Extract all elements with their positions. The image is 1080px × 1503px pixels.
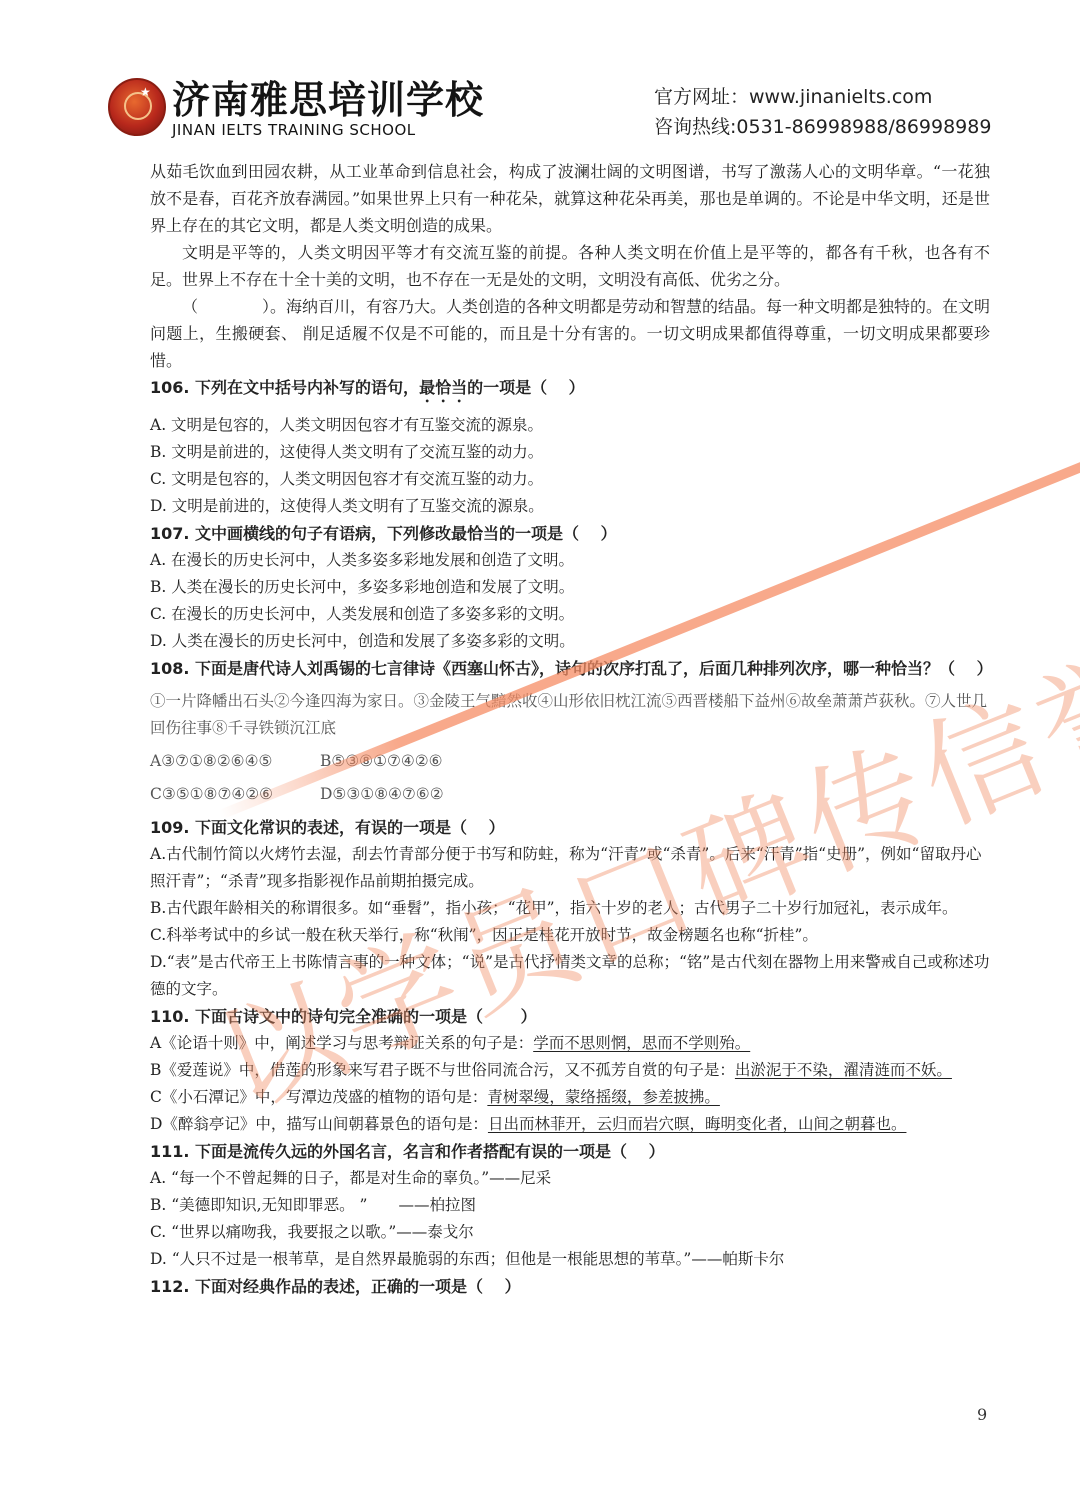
page-number: 9 [977, 1405, 987, 1424]
question-111-stem: 111. 下面是流传久远的外国名言，名言和作者搭配有误的一项是（ ） [150, 1138, 990, 1165]
question-112-stem: 112. 下面对经典作品的表述，正确的一项是（ ） [150, 1273, 990, 1300]
question-108-option-c: C③⑤①⑧⑦④②⑥ [150, 781, 320, 808]
hotline-number: 0531-86998988/86998989 [736, 116, 991, 138]
question-107-stem: 107. 文中画横线的句子有语病，下列修改最恰当的一项是（ ） [150, 520, 990, 547]
question-106-option-d: D. 文明是前进的，这使得人类文明有了互鉴交流的源泉。 [150, 493, 990, 520]
question-107-option-d: D. 人类在漫长的历史长河中，创造和发展了多姿多彩的文明。 [150, 628, 990, 655]
underlined-quote: 青树翠缦，蒙络摇缀，参差披拂。 [487, 1088, 720, 1106]
question-111-option-c: C. “世界以痛吻我，我要报之以歌。”——泰戈尔 [150, 1219, 990, 1246]
question-111-option-b: B. “美德即知识,无知即罪恶。 ” ——柏拉图 [150, 1192, 990, 1219]
question-110-option-b: B《爱莲说》中，借莲的形象来写君子既不与世俗同流合污，又不孤芳自赏的句子是：出淤… [150, 1057, 990, 1084]
question-107-option-a: A. 在漫长的历史长河中，人类多姿多彩地发展和创造了文明。 [150, 547, 990, 574]
school-name-cn: 济南雅思培训学校 [172, 80, 484, 120]
question-111-option-a: A. “每一个不曾起舞的日子，都是对生命的辜负。”——尼采 [150, 1165, 990, 1192]
hotline-label: 咨询热线: [654, 116, 736, 138]
question-107-option-c: C. 在漫长的历史长河中，人类发展和创造了多姿多彩的文明。 [150, 601, 990, 628]
school-logo-icon: ★ [108, 78, 166, 136]
question-109-option-a: A.古代制竹简以火烤竹去湿，刮去竹青部分便于书写和防蛀，称为“汗青”或“杀青”。… [150, 841, 990, 895]
contact-info: 官方网址：www.jinanielts.com 咨询热线:0531-869989… [654, 82, 991, 142]
question-109-option-b: B.古代跟年龄相关的称谓很多。如“垂髫”，指小孩；“花甲”，指六十岁的老人；古代… [150, 895, 990, 922]
question-108-option-d: D⑤③①⑧④⑦⑥② [320, 785, 444, 803]
question-110-option-c: C《小石潭记》中，写潭边茂盛的植物的语句是：青树翠缦，蒙络摇缀，参差披拂。 [150, 1084, 990, 1111]
school-name-en: JINAN IELTS TRAINING SCHOOL [172, 122, 416, 138]
question-108-options-row-2: C③⑤①⑧⑦④②⑥D⑤③①⑧④⑦⑥② [150, 781, 990, 808]
star-icon: ★ [140, 86, 151, 98]
passage-paragraph-1: 从茹毛饮血到田园农耕，从工业革命到信息社会，构成了波澜壮阔的文明图谱，书写了激荡… [150, 158, 990, 239]
question-109-option-c: C.科举考试中的乡试一般在秋天举行，称“秋闱”，因正是桂花开放时节，故金榜题名也… [150, 922, 990, 949]
website-line: 官方网址：www.jinanielts.com [654, 82, 991, 112]
question-106-stem: 106. 下列在文中括号内补写的语句，最恰当的一项是（ ） [150, 374, 990, 406]
exam-content: 从茹毛饮血到田园农耕，从工业革命到信息社会，构成了波澜壮阔的文明图谱，书写了激荡… [150, 158, 990, 1300]
page-header: ★ 济南雅思培训学校 JINAN IELTS TRAINING SCHOOL 官… [108, 78, 1048, 142]
hotline-line: 咨询热线:0531-86998988/86998989 [654, 112, 991, 142]
underlined-quote: 日出而林菲开，云归而岩穴暝，晦明变化者，山间之朝暮也。 [488, 1115, 907, 1133]
question-106-option-b: B. 文明是前进的，这使得人类文明有了交流互鉴的动力。 [150, 439, 990, 466]
passage-paragraph-2: 文明是平等的，人类文明因平等才有交流互鉴的前提。各种人类文明在价值上是平等的，都… [150, 239, 990, 293]
question-111-option-d: D. “人只不过是一根苇草，是自然界最脆弱的东西；但他是一根能思想的苇草。”——… [150, 1246, 990, 1273]
emphasis-text: 最恰当 [419, 378, 467, 397]
question-108-stem: 108. 下面是唐代诗人刘禹锡的七言律诗《西塞山怀古》，诗句的次序打乱了，后面几… [150, 655, 990, 682]
question-108-options-row-1: A③⑦①⑧②⑥④⑤B⑤③⑧①⑦④②⑥ [150, 748, 990, 775]
website-link[interactable]: www.jinanielts.com [749, 86, 932, 108]
question-106-option-a: A. 文明是包容的，人类文明因包容才有互鉴交流的源泉。 [150, 412, 990, 439]
underlined-quote: 学而不思则惘，思而不学则殆。 [533, 1034, 750, 1052]
question-107-option-b: B. 人类在漫长的历史长河中，多姿多彩地创造和发展了文明。 [150, 574, 990, 601]
question-110-option-d: D《醉翁亭记》中，描写山间朝暮景色的语句是：日出而林菲开，云归而岩穴暝，晦明变化… [150, 1111, 990, 1138]
question-110-stem: 110. 下面古诗文中的诗句完全准确的一项是（ ） [150, 1003, 990, 1030]
question-108-poem-lines: ①一片降幡出石头②今逢四海为家日。③金陵王气黯然收④山形依旧枕江流⑤西晋楼船下益… [150, 688, 990, 742]
underlined-quote: 出淤泥于不染，濯清涟而不妖。 [735, 1061, 952, 1079]
question-108-option-a: A③⑦①⑧②⑥④⑤ [150, 748, 320, 775]
passage-paragraph-3: （ ）。海纳百川，有容乃大。人类创造的各种文明都是劳动和智慧的结晶。每一种文明都… [150, 293, 990, 374]
question-109-stem: 109. 下面文化常识的表述，有误的一项是（ ） [150, 814, 990, 841]
question-106-option-c: C. 文明是包容的，人类文明因包容才有交流互鉴的动力。 [150, 466, 990, 493]
question-110-option-a: A《论语十则》中，阐述学习与思考辩证关系的句子是：学而不思则惘，思而不学则殆。 [150, 1030, 990, 1057]
question-109-option-d: D.“表”是古代帝王上书陈情言事的一种文体；“说”是古代抒情类文章的总称；“铭”… [150, 949, 990, 1003]
website-label: 官方网址： [654, 86, 749, 108]
question-108-option-b: B⑤③⑧①⑦④②⑥ [320, 752, 443, 770]
